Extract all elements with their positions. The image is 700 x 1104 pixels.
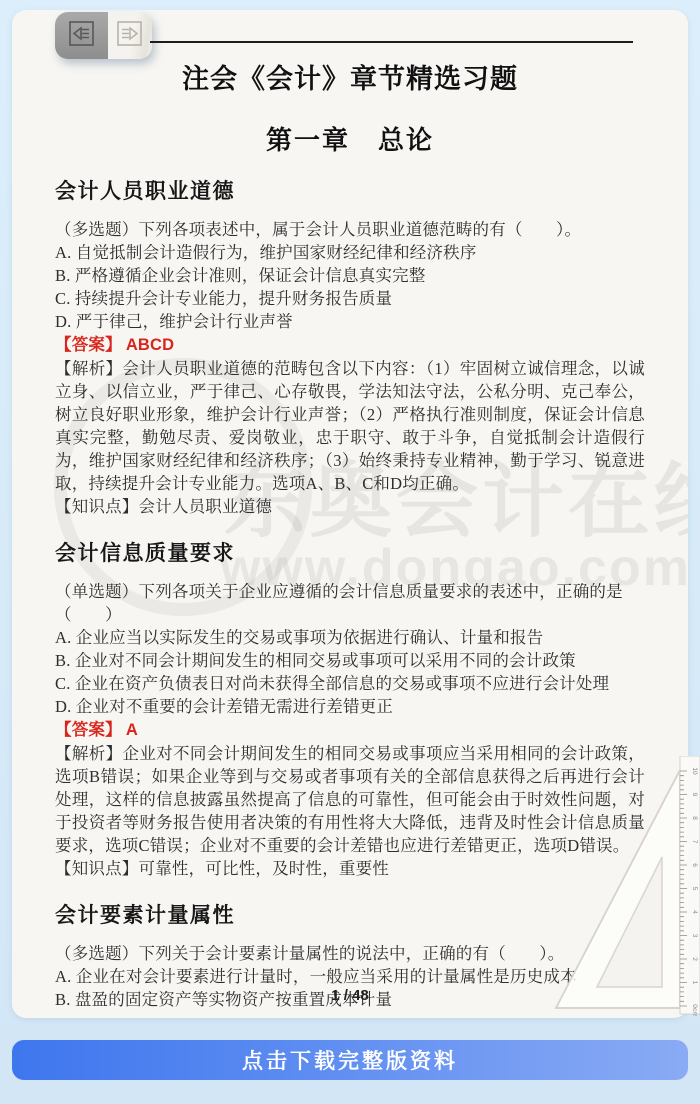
knowledge-label: 【知识点】 [55, 497, 139, 516]
section-title: 会计信息质量要求 [55, 541, 645, 567]
question-text: （单选题）下列各项关于企业应遵循的会计信息质量要求的表述中，正确的是（ ） [55, 580, 645, 626]
question-section-1: 会计人员职业道德 （多选题）下列各项表述中，属于会计人员职业道德范畴的有（ ）。… [55, 179, 645, 518]
app-background: { "document": { "title": "注会《会计》章节精选习题",… [0, 0, 700, 1104]
option-c: C. 企业在资产负债表日对尚未获得全部信息的交易或事项不应进行会计处理 [55, 672, 645, 695]
knowledge-label: 【知识点】 [55, 859, 139, 878]
option-a: A. 企业应当以实际发生的交易或事项为依据进行确认、计量和报告 [55, 626, 645, 649]
section-title: 会计人员职业道德 [55, 179, 645, 205]
set-square-ruler: 0 1 2 3 4 5 6 7 8 9 10 cm [550, 756, 700, 1016]
option-b: B. 企业对不同会计期间发生的相同交易或事项可以采用不同的会计政策 [55, 649, 645, 672]
knowledge-text: 会计人员职业道德 [139, 497, 273, 516]
answer-label: 【答案】 [55, 335, 122, 354]
document-title: 注会《会计》章节精选习题 [55, 64, 645, 95]
svg-text:7: 7 [691, 840, 698, 844]
answer-value: ABCD [122, 336, 174, 354]
option-a: A. 自觉抵制会计造假行为，维护国家财经纪律和经济秩序 [55, 241, 645, 264]
svg-text:5: 5 [691, 887, 698, 891]
svg-text:2: 2 [691, 957, 698, 961]
option-d: D. 严于律己，维护会计行业声誉 [55, 310, 645, 333]
option-d: D. 企业对不重要的会计差错无需进行差错更正 [55, 695, 645, 718]
analysis-text: 会计人员职业道德的范畴包含以下内容：（1）牢固树立诚信理念，以诚立身、以信立业，… [55, 359, 645, 493]
answer-line: 【答案】A [55, 718, 645, 742]
knowledge-line: 【知识点】会计人员职业道德 [55, 495, 645, 518]
analysis-line: 【解析】会计人员职业道德的范畴包含以下内容：（1）牢固树立诚信理念，以诚立身、以… [55, 357, 645, 495]
svg-text:1: 1 [691, 981, 698, 985]
option-c: C. 持续提升会计专业能力，提升财务报告质量 [55, 287, 645, 310]
analysis-label: 【解析】 [55, 744, 122, 763]
chapter-heading: 第一章 总论 [55, 126, 645, 156]
answer-value: A [122, 721, 138, 739]
option-b: B. 严格遵循企业会计准则，保证会计信息真实完整 [55, 264, 645, 287]
svg-text:3: 3 [691, 934, 698, 938]
svg-text:8: 8 [691, 816, 698, 820]
knowledge-text: 可靠性，可比性，及时性，重要性 [139, 859, 390, 878]
answer-label: 【答案】 [55, 720, 122, 739]
download-full-version-button[interactable]: 点击下载完整版资料 [12, 1040, 688, 1080]
analysis-label: 【解析】 [55, 359, 122, 378]
ruler-unit-label: cm [691, 1008, 698, 1016]
question-text: （多选题）下列各项表述中，属于会计人员职业道德范畴的有（ ）。 [55, 218, 645, 241]
svg-text:6: 6 [691, 863, 698, 867]
svg-text:4: 4 [691, 910, 698, 914]
svg-text:9: 9 [691, 793, 698, 797]
svg-text:10: 10 [691, 767, 698, 775]
answer-line: 【答案】ABCD [55, 333, 645, 357]
